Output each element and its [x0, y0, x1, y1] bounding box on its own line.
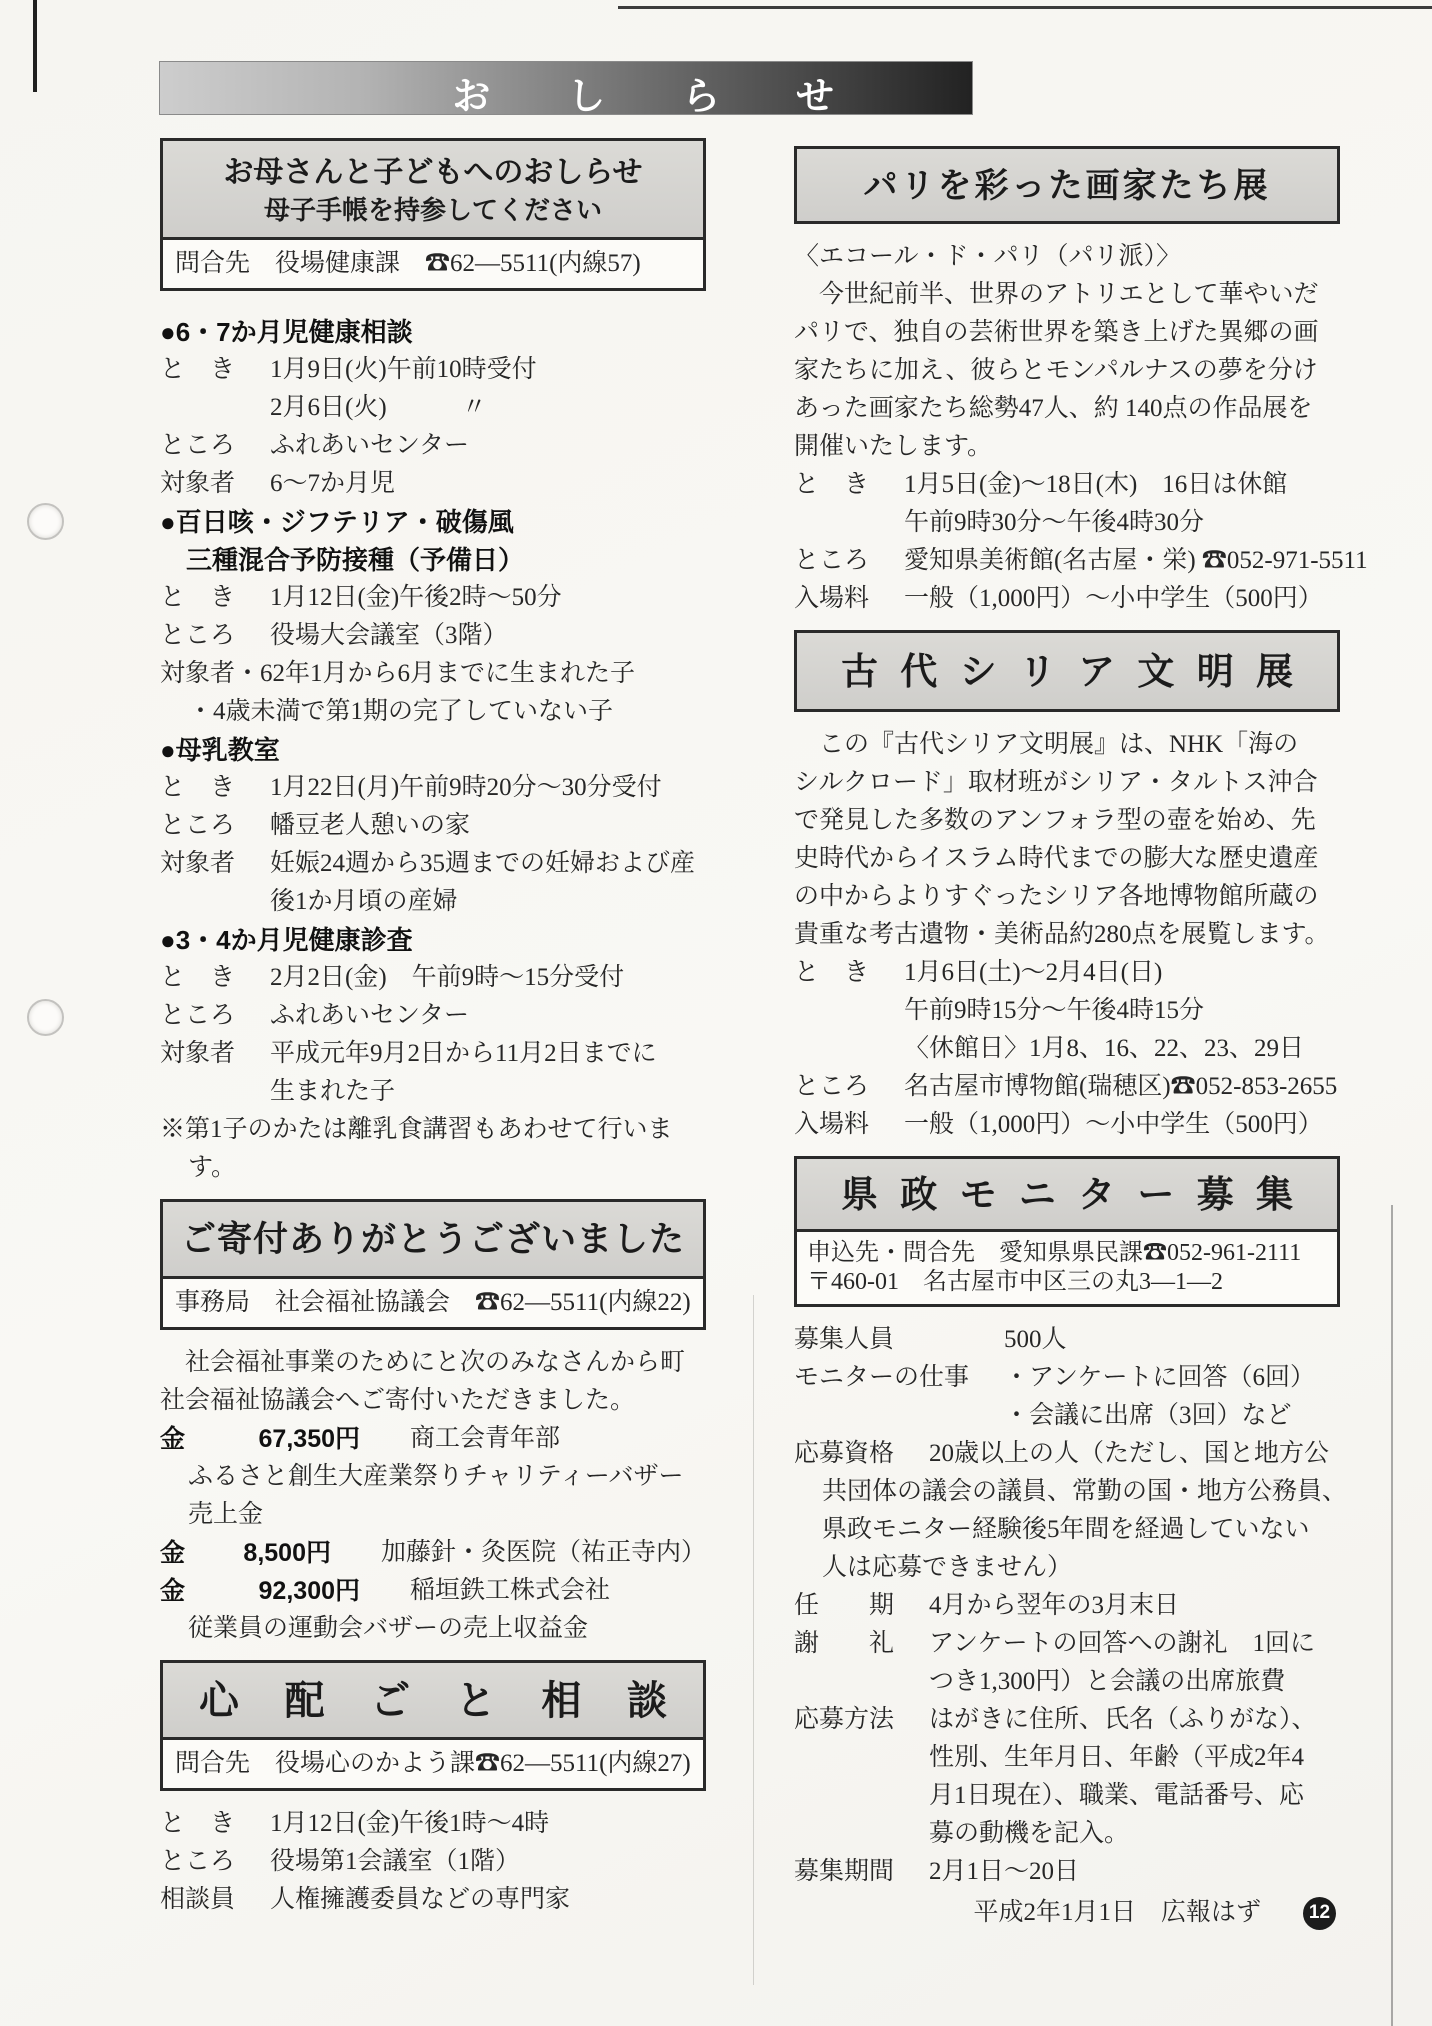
bullet-heading: ●3・4か月児健康診査 [160, 921, 706, 959]
field-line: ところ役場大会議室（3階） [160, 617, 706, 655]
continuation-line: 月1日現在）、職業、電話番号、応 [794, 1777, 1340, 1815]
continuation-line: 午前9時15分〜午後4時15分 [794, 992, 1340, 1030]
row-value: ・会議に出席（3回）など [1004, 1397, 1292, 1435]
amount-prefix: 金 [160, 1534, 199, 1572]
section-title: ご寄付ありがとうございました [163, 1202, 703, 1276]
paragraph-line: 貴重な考古遺物・美術品約280点を展覧します。 [794, 916, 1340, 954]
continuation-line: 募の動機を記入。 [794, 1815, 1340, 1853]
continuation-line: 生まれた子 [160, 1073, 706, 1111]
field-line: 入場料一般（1,000円）〜小中学生（500円） [794, 580, 1340, 618]
page-number-badge: 12 [1303, 1897, 1336, 1930]
contact-row: 問合先 役場健康課 ☎62—5511(内線57) [163, 237, 703, 288]
row-label: と き [160, 579, 270, 617]
donor-name: 商工会青年部 [410, 1420, 560, 1458]
row-value: ・4歳未満で第1期の完了していない子 [188, 693, 613, 731]
field-line: 謝 礼アンケートの回答への謝礼 1回に [794, 1625, 1340, 1663]
row-label: 謝 礼 [794, 1625, 929, 1663]
row-label: 対象者 [160, 845, 270, 883]
bullet-heading: 三種混合予防接種（予備日） [160, 541, 706, 579]
row-label [160, 693, 188, 731]
field-line: と き1月12日(金)午後2時〜50分 [160, 579, 706, 617]
contact-line-2: 〒460-01 名古屋市中区三の丸3—1—2 [807, 1269, 1223, 1295]
row-label [794, 1739, 929, 1777]
syria-exhibit-body: この『古代シリア文明展』は、NHK「海のシルクロード」取材班がシリア・タルトス沖… [794, 712, 1340, 1144]
contact-row: 事務局 社会福祉協議会 ☎62—5511(内線22) [163, 1276, 703, 1327]
right-edge-rule [1391, 1205, 1393, 2026]
row-label [794, 1473, 822, 1511]
row-value: 従業員の運動会バザーの売上収益金 [188, 1610, 588, 1648]
field-line: 対象者平成元年9月2日から11月2日までに [160, 1035, 706, 1073]
bullet-heading: ●6・7か月児健康相談 [160, 313, 706, 351]
row-value: 愛知県美術館(名古屋・栄) ☎052-971-5511 [904, 542, 1368, 580]
continuation-line: 売上金 [160, 1496, 706, 1534]
punch-hole [27, 503, 64, 540]
continuation-line: 県政モニター経験後5年間を経過していない [794, 1511, 1340, 1549]
banner-title: おしらせ [452, 65, 834, 120]
field-line: ところ役場第1会議室（1階） [160, 1843, 706, 1881]
row-value: 4月から翌年の3月末日 [929, 1587, 1179, 1625]
monitor-recruit-body: 募集人員500人モニターの仕事・アンケートに回答（6回）・会議に出席（3回）など… [794, 1307, 1340, 1891]
row-label: モニターの仕事 [794, 1359, 1004, 1397]
row-value: 役場大会議室（3階） [270, 617, 508, 655]
field-line: 対象者6〜7か月児 [160, 465, 706, 503]
field-line: ところふれあいセンター [160, 997, 706, 1035]
paragraph-line: ※第1子のかたは離乳食講習もあわせて行いま [160, 1111, 706, 1149]
row-label: ところ [794, 542, 904, 580]
row-label [160, 1458, 188, 1496]
row-value: はがきに住所、氏名（ふりがな）、 [929, 1701, 1317, 1739]
row-value: 午前9時15分〜午後4時15分 [904, 992, 1204, 1030]
row-label [160, 883, 270, 921]
field-line: 任 期4月から翌年の3月末日 [794, 1587, 1340, 1625]
field-line: と き1月22日(月)午前9時20分〜30分受付 [160, 769, 706, 807]
paragraph-line: 史時代からイスラム時代までの膨大な歴史遺産 [794, 840, 1340, 878]
continuation-line: ・4歳未満で第1期の完了していない子 [160, 693, 706, 731]
row-value: 1月12日(金)午後2時〜50分 [270, 579, 562, 617]
row-label: 応募方法 [794, 1701, 929, 1739]
row-value: 2月2日(金) 午前9時〜15分受付 [270, 959, 624, 997]
row-label: ところ [160, 617, 270, 655]
row-value: 売上金 [188, 1496, 263, 1534]
field-line: と き1月12日(金)午後1時〜4時 [160, 1805, 706, 1843]
row-value: 平成元年9月2日から11月2日までに [270, 1035, 657, 1073]
paragraph-line: パリで、独自の芸術世界を築き上げた異郷の画 [794, 314, 1340, 352]
donation-line: 金67,350円商工会青年部 [160, 1420, 706, 1458]
donation-line: 金8,500円加藤針・灸医院（祐正寺内） [160, 1534, 706, 1572]
row-label: と き [794, 466, 904, 504]
column-fold-line [753, 1295, 754, 1985]
left-corner-mark [33, 0, 37, 92]
field-line: 応募資格20歳以上の人（ただし、国と地方公 [794, 1435, 1340, 1473]
row-value: 名古屋市博物館(瑞穂区)☎052-853-2655 [904, 1068, 1337, 1106]
row-label: ところ [794, 1068, 904, 1106]
row-label: 入場料 [794, 580, 904, 618]
row-label: ところ [160, 997, 270, 1035]
row-value: 月1日現在）、職業、電話番号、応 [929, 1777, 1304, 1815]
row-value: す。 [188, 1149, 236, 1187]
row-value: 2月6日(火) 〃 [270, 389, 487, 427]
row-label: と き [160, 959, 270, 997]
field-line: と き1月6日(土)〜2月4日(日) [794, 954, 1340, 992]
row-value: 2月1日〜20日 [929, 1853, 1079, 1891]
row-value: 500人 [1004, 1321, 1067, 1359]
paragraph-line: 今世紀前半、世界のアトリエとして華やいだ [794, 276, 1340, 314]
continuation-line: 性別、生年月日、年齢（平成2年4 [794, 1739, 1340, 1777]
field-line: 募集期間2月1日〜20日 [794, 1853, 1340, 1891]
row-value: 1月9日(火)午前10時受付 [270, 351, 537, 389]
paragraph-line: シルクロード」取材班がシリア・タルトス沖合 [794, 764, 1340, 802]
section-title: 心配ごと相談 [163, 1663, 703, 1737]
row-value: 一般（1,000円）〜小中学生（500円） [904, 580, 1323, 618]
continuation-line: つき1,300円）と会議の出席旅費 [794, 1663, 1340, 1701]
row-label: 入場料 [794, 1106, 904, 1144]
field-line: 入場料一般（1,000円）〜小中学生（500円） [794, 1106, 1340, 1144]
row-label: 任 期 [794, 1587, 929, 1625]
paragraph-line: で発見した多数のアンフォラ型の壺を始め、先 [794, 802, 1340, 840]
row-label [794, 1815, 929, 1853]
section-syria-exhibit: 古代シリア文明展 [794, 630, 1340, 712]
contact-row: 問合先 役場心のかよう課☎62—5511(内線27) [163, 1737, 703, 1788]
field-line: ところ愛知県美術館(名古屋・栄) ☎052-971-5511 [794, 542, 1340, 580]
row-label: と き [160, 769, 270, 807]
row-value: 1月22日(月)午前9時20分〜30分受付 [270, 769, 662, 807]
row-label: 募集期間 [794, 1853, 929, 1891]
section-title: パリを彩った画家たち展 [797, 149, 1337, 221]
paragraph-line: この『古代シリア文明展』は、NHK「海の [794, 726, 1340, 764]
continuation-line: 後1か月頃の産婦 [160, 883, 706, 921]
row-label: と き [794, 954, 904, 992]
row-label: ところ [160, 807, 270, 845]
continuation-line: 人は応募できません） [794, 1549, 1340, 1587]
worry-consult-body: と き1月12日(金)午後1時〜4時ところ役場第1会議室（1階）相談員人権擁護委… [160, 1791, 706, 1919]
right-column: パリを彩った画家たち展 〈エコール・ド・パリ（パリ派）〉 今世紀前半、世界のアト… [794, 146, 1340, 1891]
row-value: 募の動機を記入。 [929, 1815, 1129, 1853]
bullet-heading: ●母乳教室 [160, 731, 706, 769]
field-line: ところ名古屋市博物館(瑞穂区)☎052-853-2655 [794, 1068, 1340, 1106]
paragraph-line: 対象者・62年1月から6月までに生まれた子 [160, 655, 706, 693]
amount-prefix: 金 [160, 1420, 206, 1458]
row-label: と き [160, 1805, 270, 1843]
section-mother-child: お母さんと子どもへのおしらせ 母子手帳を持参してください 問合先 役場健康課 ☎… [160, 138, 706, 291]
row-value: ふれあいセンター [270, 997, 469, 1035]
row-label: 募集人員 [794, 1321, 1004, 1359]
row-label [794, 1511, 822, 1549]
row-value: 共団体の議会の議員、常勤の国・地方公務員、 [822, 1473, 1347, 1511]
row-value: 〈休館日〉1月8、16、22、23、29日 [904, 1030, 1304, 1068]
row-value: 20歳以上の人（ただし、国と地方公 [929, 1435, 1329, 1473]
row-value: 生まれた子 [270, 1073, 395, 1111]
row-value: 1月12日(金)午後1時〜4時 [270, 1805, 549, 1843]
continuation-line: ふるさと創生大産業祭りチャリティーバザー [160, 1458, 706, 1496]
mother-child-body: ●6・7か月児健康相談と き1月9日(火)午前10時受付2月6日(火) 〃ところ… [160, 291, 706, 1187]
row-label [160, 1496, 188, 1534]
section-subtitle: 母子手帳を持参してください [171, 193, 695, 227]
section-title: お母さんと子どもへのおしらせ [171, 153, 695, 193]
continuation-line: 共団体の議会の議員、常勤の国・地方公務員、 [794, 1473, 1340, 1511]
paragraph-line: 家たちに加え、彼らとモンパルナスの夢を分け [794, 352, 1340, 390]
continuation-line: 〈休館日〉1月8、16、22、23、29日 [794, 1030, 1340, 1068]
paris-exhibit-body: 〈エコール・ド・パリ（パリ派）〉 今世紀前半、世界のアトリエとして華やいだパリで… [794, 224, 1340, 618]
continuation-line: 午前9時30分〜午後4時30分 [794, 504, 1340, 542]
row-value: 6〜7か月児 [270, 465, 395, 503]
notice-banner: おしらせ [160, 62, 972, 114]
continuation-line: 2月6日(火) 〃 [160, 389, 706, 427]
field-line: 対象者妊娠24週から35週までの妊婦および産 [160, 845, 706, 883]
section-mother-child-header: お母さんと子どもへのおしらせ 母子手帳を持参してください [163, 141, 703, 237]
row-label [794, 992, 904, 1030]
row-label: 相談員 [160, 1881, 270, 1919]
donation-amount: 8,500円 [199, 1534, 331, 1572]
continuation-line: 従業員の運動会バザーの売上収益金 [160, 1610, 706, 1648]
field-line: 相談員人権擁護委員などの専門家 [160, 1881, 706, 1919]
paragraph-line: 社会福祉事業のためにと次のみなさんから町 [160, 1344, 706, 1382]
row-label: ところ [160, 427, 270, 465]
row-label: と き [160, 351, 270, 389]
field-line: と き1月9日(火)午前10時受付 [160, 351, 706, 389]
row-value: 妊娠24週から35週までの妊婦および産 [270, 845, 695, 883]
section-title: 古代シリア文明展 [797, 633, 1337, 709]
amount-prefix: 金 [160, 1572, 206, 1610]
row-value: 後1か月頃の産婦 [270, 883, 458, 921]
row-value: ふるさと創生大産業祭りチャリティーバザー [188, 1458, 684, 1496]
continuation-line: す。 [160, 1149, 706, 1187]
row-value: 1月6日(土)〜2月4日(日) [904, 954, 1162, 992]
donation-line: 金92,300円稲垣鉄工株式会社 [160, 1572, 706, 1610]
continuation-line: ・会議に出席（3回）など [794, 1397, 1340, 1435]
punch-hole [27, 999, 64, 1036]
section-worry-consult: 心配ごと相談 問合先 役場心のかよう課☎62—5511(内線27) [160, 1660, 706, 1791]
donation-amount: 67,350円 [206, 1420, 360, 1458]
top-edge-rule [618, 6, 1432, 9]
row-value: 役場第1会議室（1階） [270, 1843, 520, 1881]
newsletter-page: おしらせ お母さんと子どもへのおしらせ 母子手帳を持参してください 問合先 役場… [0, 0, 1432, 2026]
footer-date: 平成2年1月1日 広報はず [973, 1896, 1261, 1930]
donation-amount: 92,300円 [206, 1572, 360, 1610]
section-monitor-recruit: 県政モニター募集 申込先・問合先 愛知県県民課☎052-961-2111〒460… [794, 1156, 1340, 1307]
field-line: 応募方法はがきに住所、氏名（ふりがな）、 [794, 1701, 1340, 1739]
row-value: つき1,300円）と会議の出席旅費 [929, 1663, 1285, 1701]
row-label [794, 1030, 904, 1068]
row-value: ふれあいセンター [270, 427, 469, 465]
row-label [794, 1397, 1004, 1435]
row-label: 対象者 [160, 465, 270, 503]
row-label [160, 1073, 270, 1111]
section-donation: ご寄付ありがとうございました 事務局 社会福祉協議会 ☎62—5511(内線22… [160, 1199, 706, 1330]
row-value: 人権擁護委員などの専門家 [270, 1881, 570, 1919]
row-label [160, 389, 270, 427]
row-label: 応募資格 [794, 1435, 929, 1473]
left-column: お母さんと子どもへのおしらせ 母子手帳を持参してください 問合先 役場健康課 ☎… [160, 138, 706, 1919]
row-value: アンケートの回答への謝礼 1回に [929, 1625, 1315, 1663]
donation-body: 社会福祉事業のためにと次のみなさんから町社会福祉協議会へご寄付いただきました。金… [160, 1330, 706, 1648]
row-value: 県政モニター経験後5年間を経過していない [822, 1511, 1310, 1549]
row-value: 性別、生年月日、年齢（平成2年4 [929, 1739, 1304, 1777]
row-label [160, 1610, 188, 1648]
bullet-heading: ●百日咳・ジフテリア・破傷風 [160, 503, 706, 541]
contact-line-1: 申込先・問合先 愛知県県民課☎052-961-2111 [807, 1240, 1301, 1266]
row-label: ところ [160, 1843, 270, 1881]
field-line: ところふれあいセンター [160, 427, 706, 465]
row-value: 1月5日(金)〜18日(木) 16日は休館 [904, 466, 1287, 504]
field-line: と き1月5日(金)〜18日(木) 16日は休館 [794, 466, 1340, 504]
row-label [794, 1777, 929, 1815]
paragraph-line: あった画家たち総勢47人、約 140点の作品展を [794, 390, 1340, 428]
row-value: ・アンケートに回答（6回） [1004, 1359, 1315, 1397]
row-value: 一般（1,000円）〜小中学生（500円） [904, 1106, 1323, 1144]
row-value: 幡豆老人憩いの家 [270, 807, 470, 845]
row-value: 人は応募できません） [822, 1549, 1072, 1587]
field-line: 募集人員500人 [794, 1321, 1340, 1359]
row-value: 午前9時30分〜午後4時30分 [904, 504, 1204, 542]
paragraph-line: の中からよりすぐったシリア各地博物館所蔵の [794, 878, 1340, 916]
donor-name: 稲垣鉄工株式会社 [410, 1572, 610, 1610]
paragraph-line: 開催いたします。 [794, 428, 1340, 466]
field-line: ところ幡豆老人憩いの家 [160, 807, 706, 845]
section-title: 県政モニター募集 [797, 1159, 1337, 1229]
row-label [794, 1549, 822, 1587]
row-label [160, 1149, 188, 1187]
section-paris-exhibit: パリを彩った画家たち展 [794, 146, 1340, 224]
field-line: モニターの仕事・アンケートに回答（6回） [794, 1359, 1340, 1397]
paragraph-line: 社会福祉協議会へご寄付いただきました。 [160, 1382, 706, 1420]
contact-row: 申込先・問合先 愛知県県民課☎052-961-2111〒460-01 名古屋市中… [797, 1229, 1337, 1304]
row-label: 対象者 [160, 1035, 270, 1073]
paragraph-line: 〈エコール・ド・パリ（パリ派）〉 [794, 238, 1340, 276]
row-label [794, 504, 904, 542]
row-label [794, 1663, 929, 1701]
donor-name: 加藤針・灸医院（祐正寺内） [381, 1534, 706, 1572]
page-footer: 平成2年1月1日 広報はず 12 [973, 1896, 1336, 1930]
field-line: と き2月2日(金) 午前9時〜15分受付 [160, 959, 706, 997]
